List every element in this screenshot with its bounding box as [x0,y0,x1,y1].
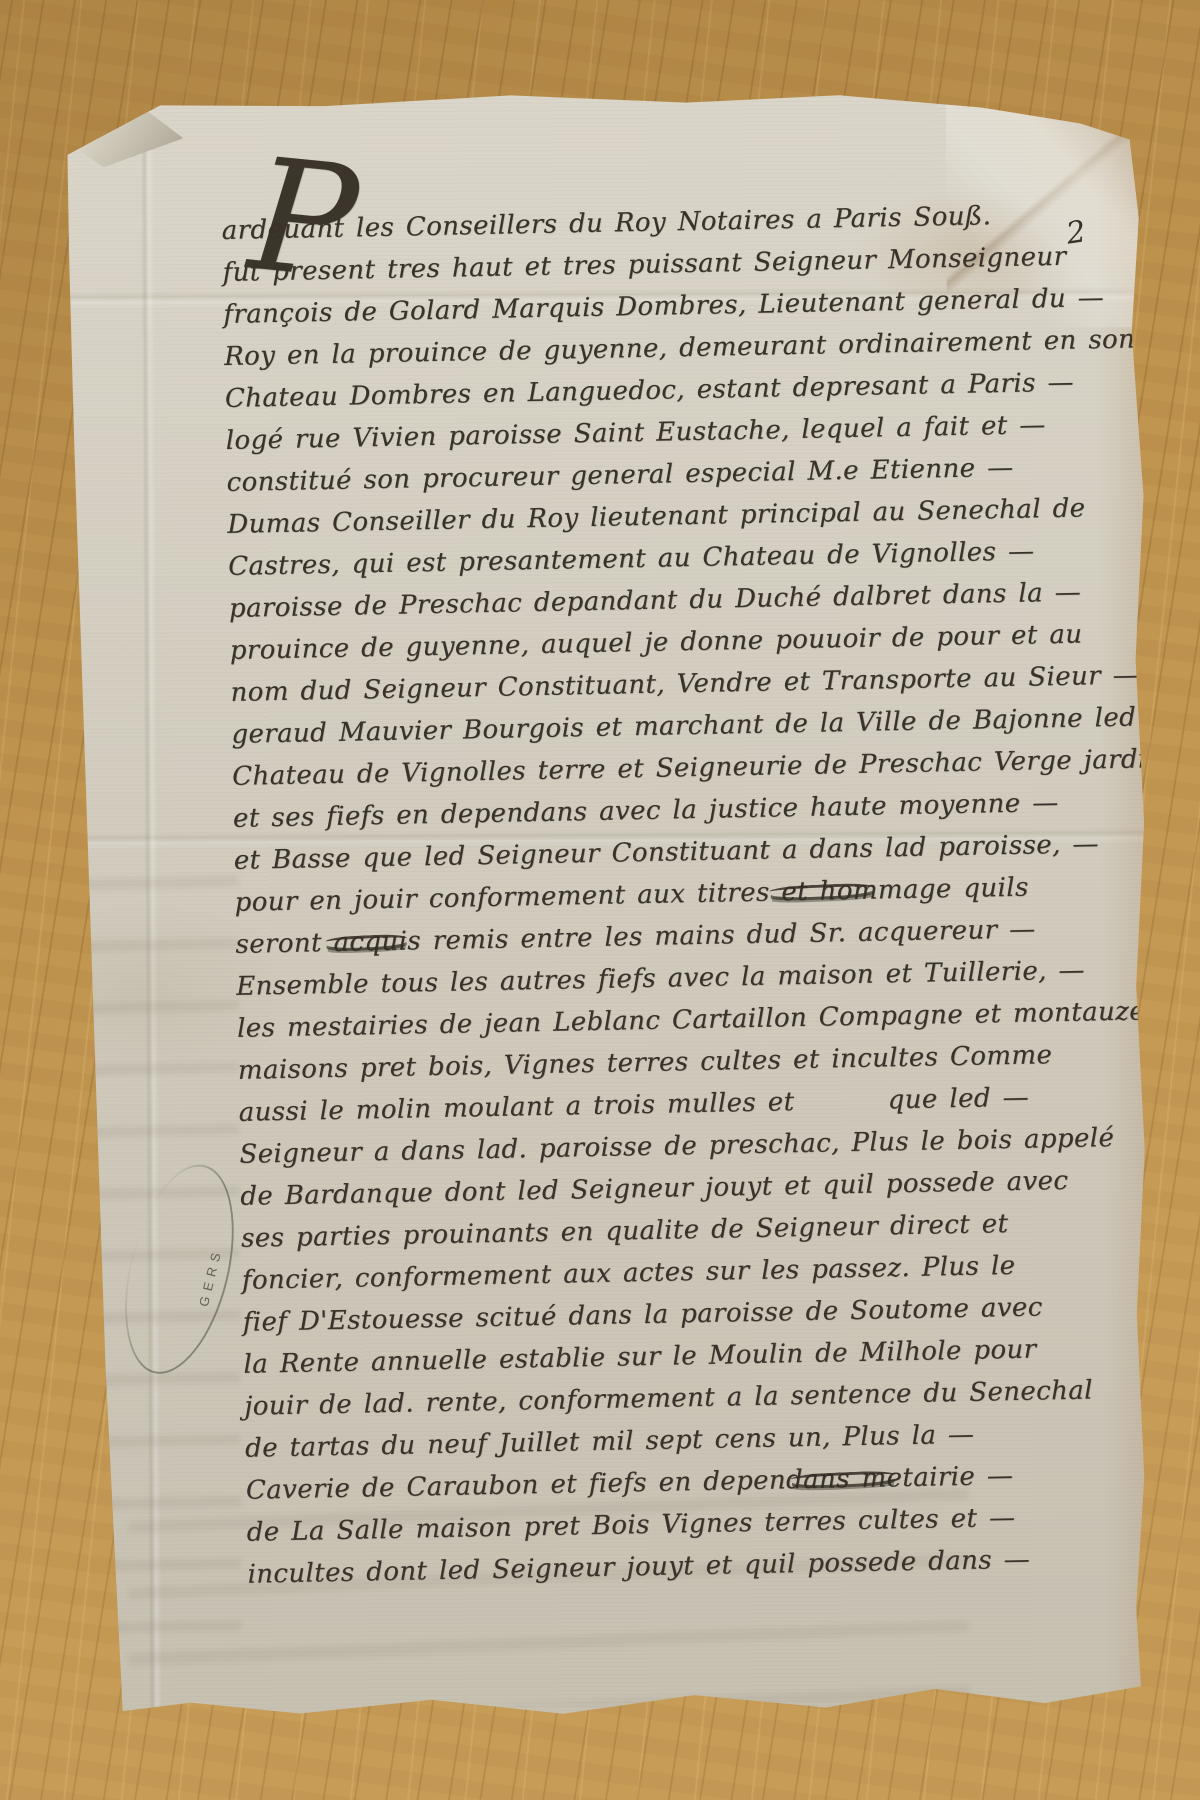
manuscript-text: ardeuant les Conseillers du Roy Notaires… [221,193,1147,1596]
manuscript-page: P 2 ardeuant les Conseillers du Roy Nota… [51,87,1155,1728]
archive-stamp-text: GERS [196,1245,225,1308]
folded-corner [60,96,185,169]
photo-scene: P 2 ardeuant les Conseillers du Roy Nota… [0,0,1200,1800]
